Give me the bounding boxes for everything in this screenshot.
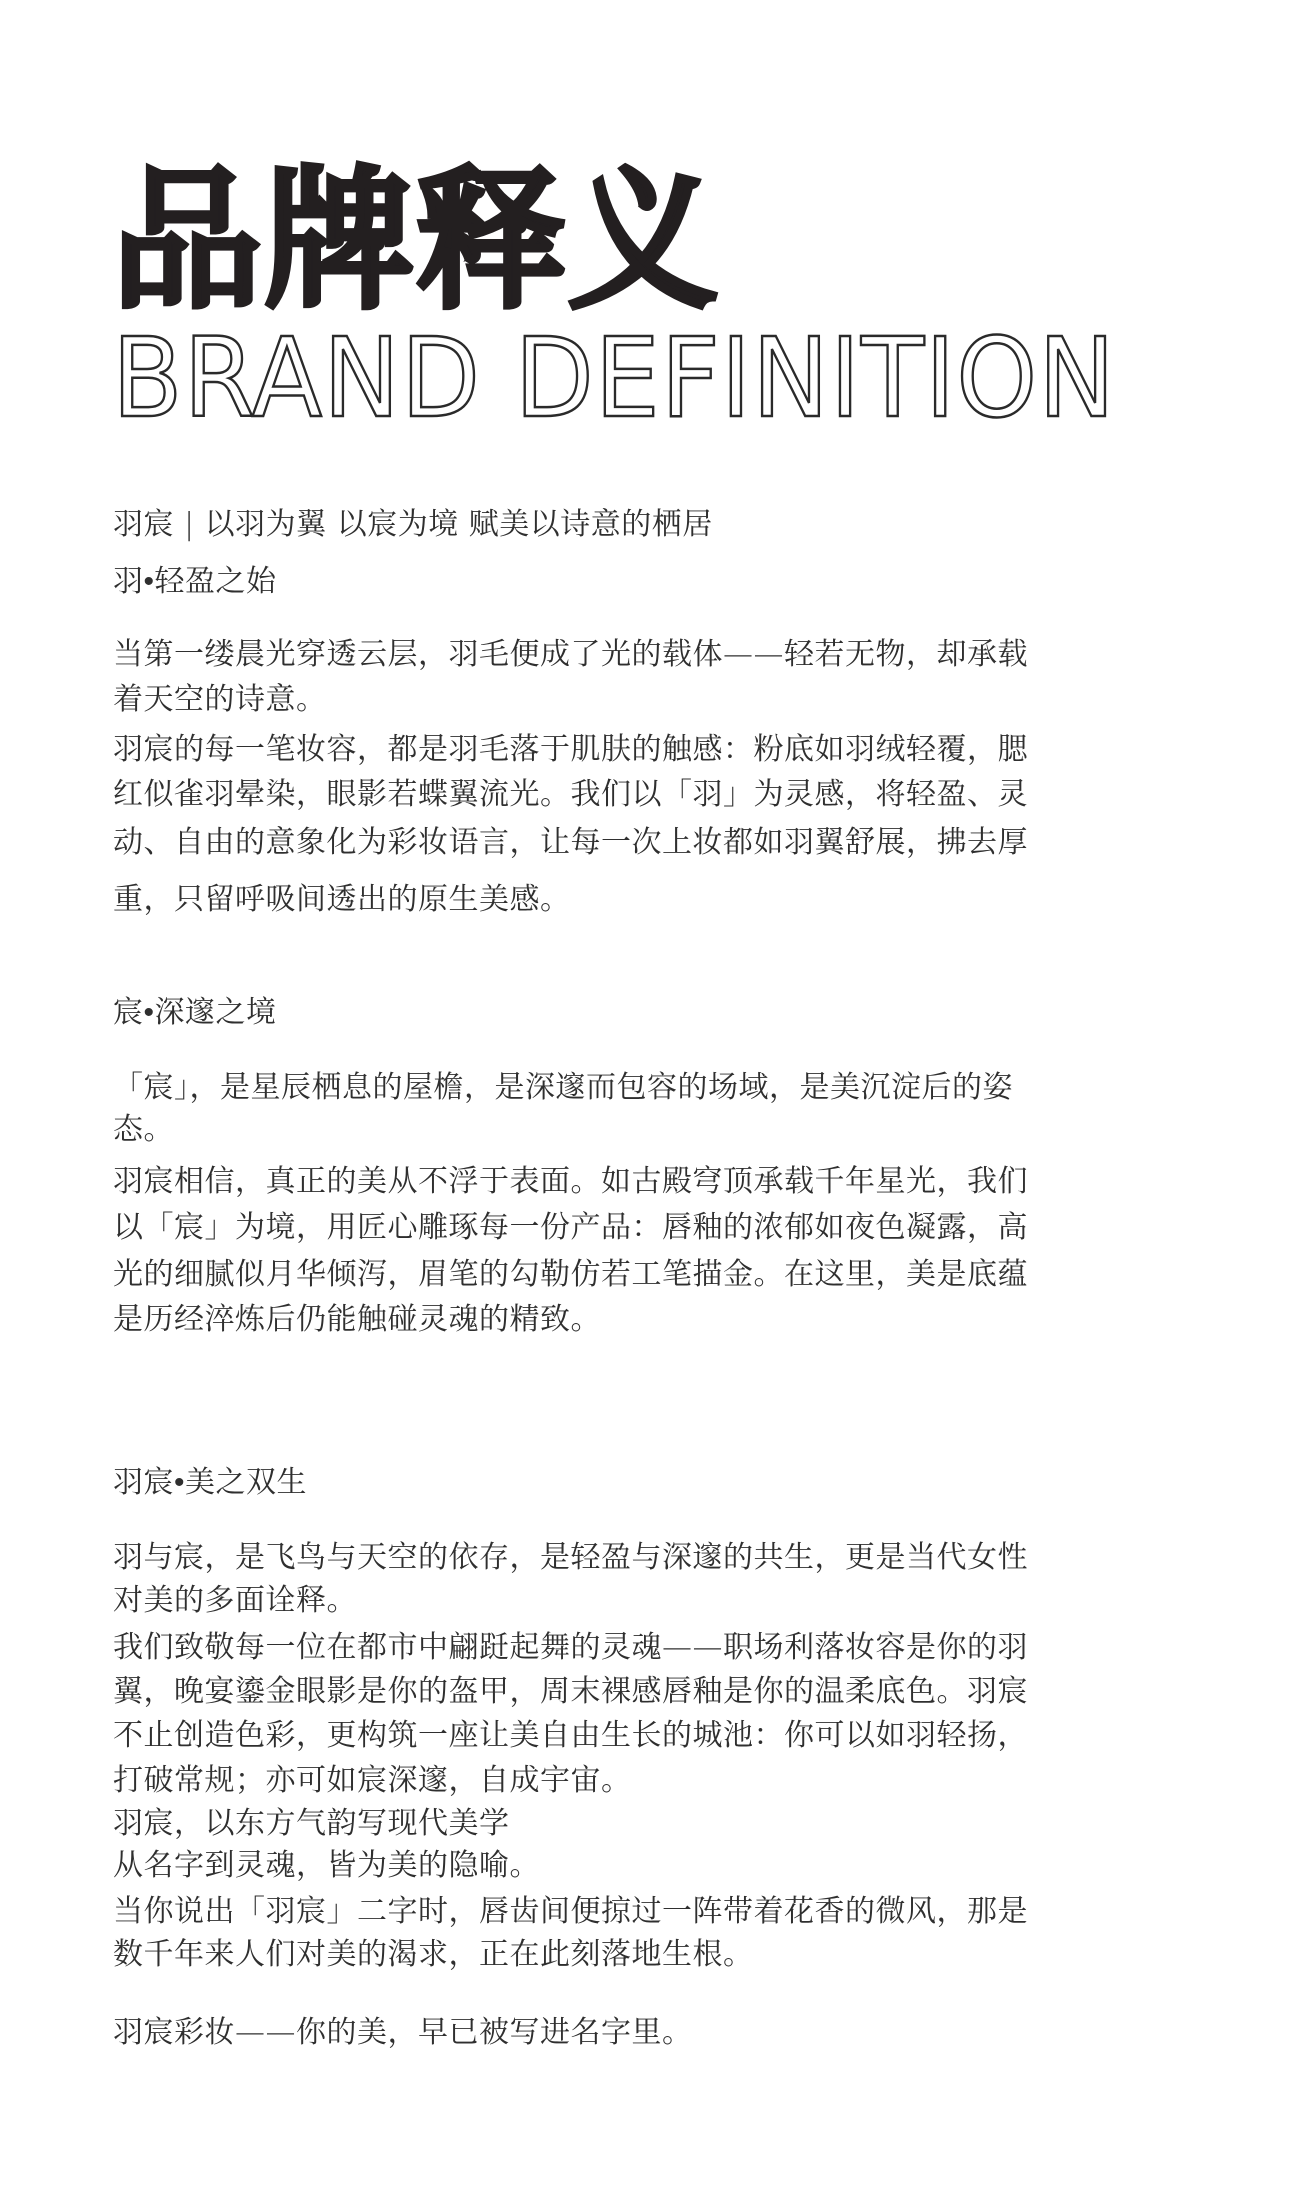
closing-line: 羽宸彩妆——你的美，早已被写进名字里。	[113, 2013, 693, 2053]
paragraph-line: 动、自由的意象化为彩妆语言，让每一次上妆都如羽翼舒展，拂去厚	[113, 823, 1028, 863]
paragraph-line: 羽宸相信，真正的美从不浮于表面。如古殿穹顶承载千年星光，我们	[113, 1162, 1028, 1202]
paragraph-line: 以「宸」为境，用匠心雕琢每一份产品：唇釉的浓郁如夜色凝露，高	[113, 1208, 1028, 1248]
paragraph-line: 是历经淬炼后仍能触碰灵魂的精致。	[113, 1300, 601, 1340]
paragraph-line: 不止创造色彩，更构筑一座让美自由生长的城池：你可以如羽轻扬，	[113, 1716, 1028, 1756]
paragraph-line: 羽宸的每一笔妆容，都是羽毛落于肌肤的触感：粉底如羽绒轻覆，腮	[113, 730, 1028, 770]
paragraph-line: 重，只留呼吸间透出的原生美感。	[113, 880, 571, 920]
paragraph-line: 羽与宸，是飞鸟与天空的依存，是轻盈与深邃的共生，更是当代女性	[113, 1538, 1028, 1578]
paragraph-line: 从名字到灵魂，皆为美的隐喻。	[113, 1846, 540, 1886]
paragraph-line: 羽宸，以东方气韵写现代美学	[113, 1804, 510, 1844]
section-title-yu: 羽•轻盈之始	[113, 562, 277, 602]
paragraph-line: 当第一缕晨光穿透云层，羽毛便成了光的载体——轻若无物，却承载	[113, 635, 1028, 675]
section-title-chen: 宸•深邃之境	[113, 993, 277, 1033]
paragraph-line: 「宸」，是星辰栖息的屋檐，是深邃而包容的场域，是美沉淀后的姿	[113, 1068, 1013, 1108]
brand-definition-page: 品牌释义 BRAND DEFINITION 羽宸 | 以羽为翼 以宸为境 赋美以…	[0, 0, 1296, 2196]
section-title-yuchen: 羽宸•美之双生	[113, 1463, 307, 1503]
paragraph-line: 对美的多面诠释。	[113, 1581, 357, 1621]
tagline: 羽宸 | 以羽为翼 以宸为境 赋美以诗意的栖居	[113, 505, 713, 545]
page-title-en-outline: BRAND DEFINITION	[112, 318, 1116, 438]
paragraph-line: 当你说出「羽宸」二字时，唇齿间便掠过一阵带着花香的微风，那是	[113, 1892, 1028, 1932]
paragraph-line: 我们致敬每一位在都市中翩跹起舞的灵魂——职场利落妆容是你的羽	[113, 1628, 1028, 1668]
paragraph-line: 光的细腻似月华倾泻，眉笔的勾勒仿若工笔描金。在这里，美是底蕴	[113, 1255, 1028, 1295]
page-title-cn: 品牌释义	[112, 160, 720, 323]
paragraph-line: 打破常规；亦可如宸深邃，自成宇宙。	[113, 1761, 632, 1801]
paragraph-line: 翼，晚宴鎏金眼影是你的盔甲，周末裸感唇釉是你的温柔底色。羽宸	[113, 1672, 1028, 1712]
paragraph-line: 态。	[113, 1110, 174, 1150]
paragraph-line: 数千年来人们对美的渴求，正在此刻落地生根。	[113, 1935, 754, 1975]
paragraph-line: 红似雀羽晕染，眼影若蝶翼流光。我们以「羽」为灵感，将轻盈、灵	[113, 775, 1028, 815]
paragraph-line: 着天空的诗意。	[113, 680, 327, 720]
